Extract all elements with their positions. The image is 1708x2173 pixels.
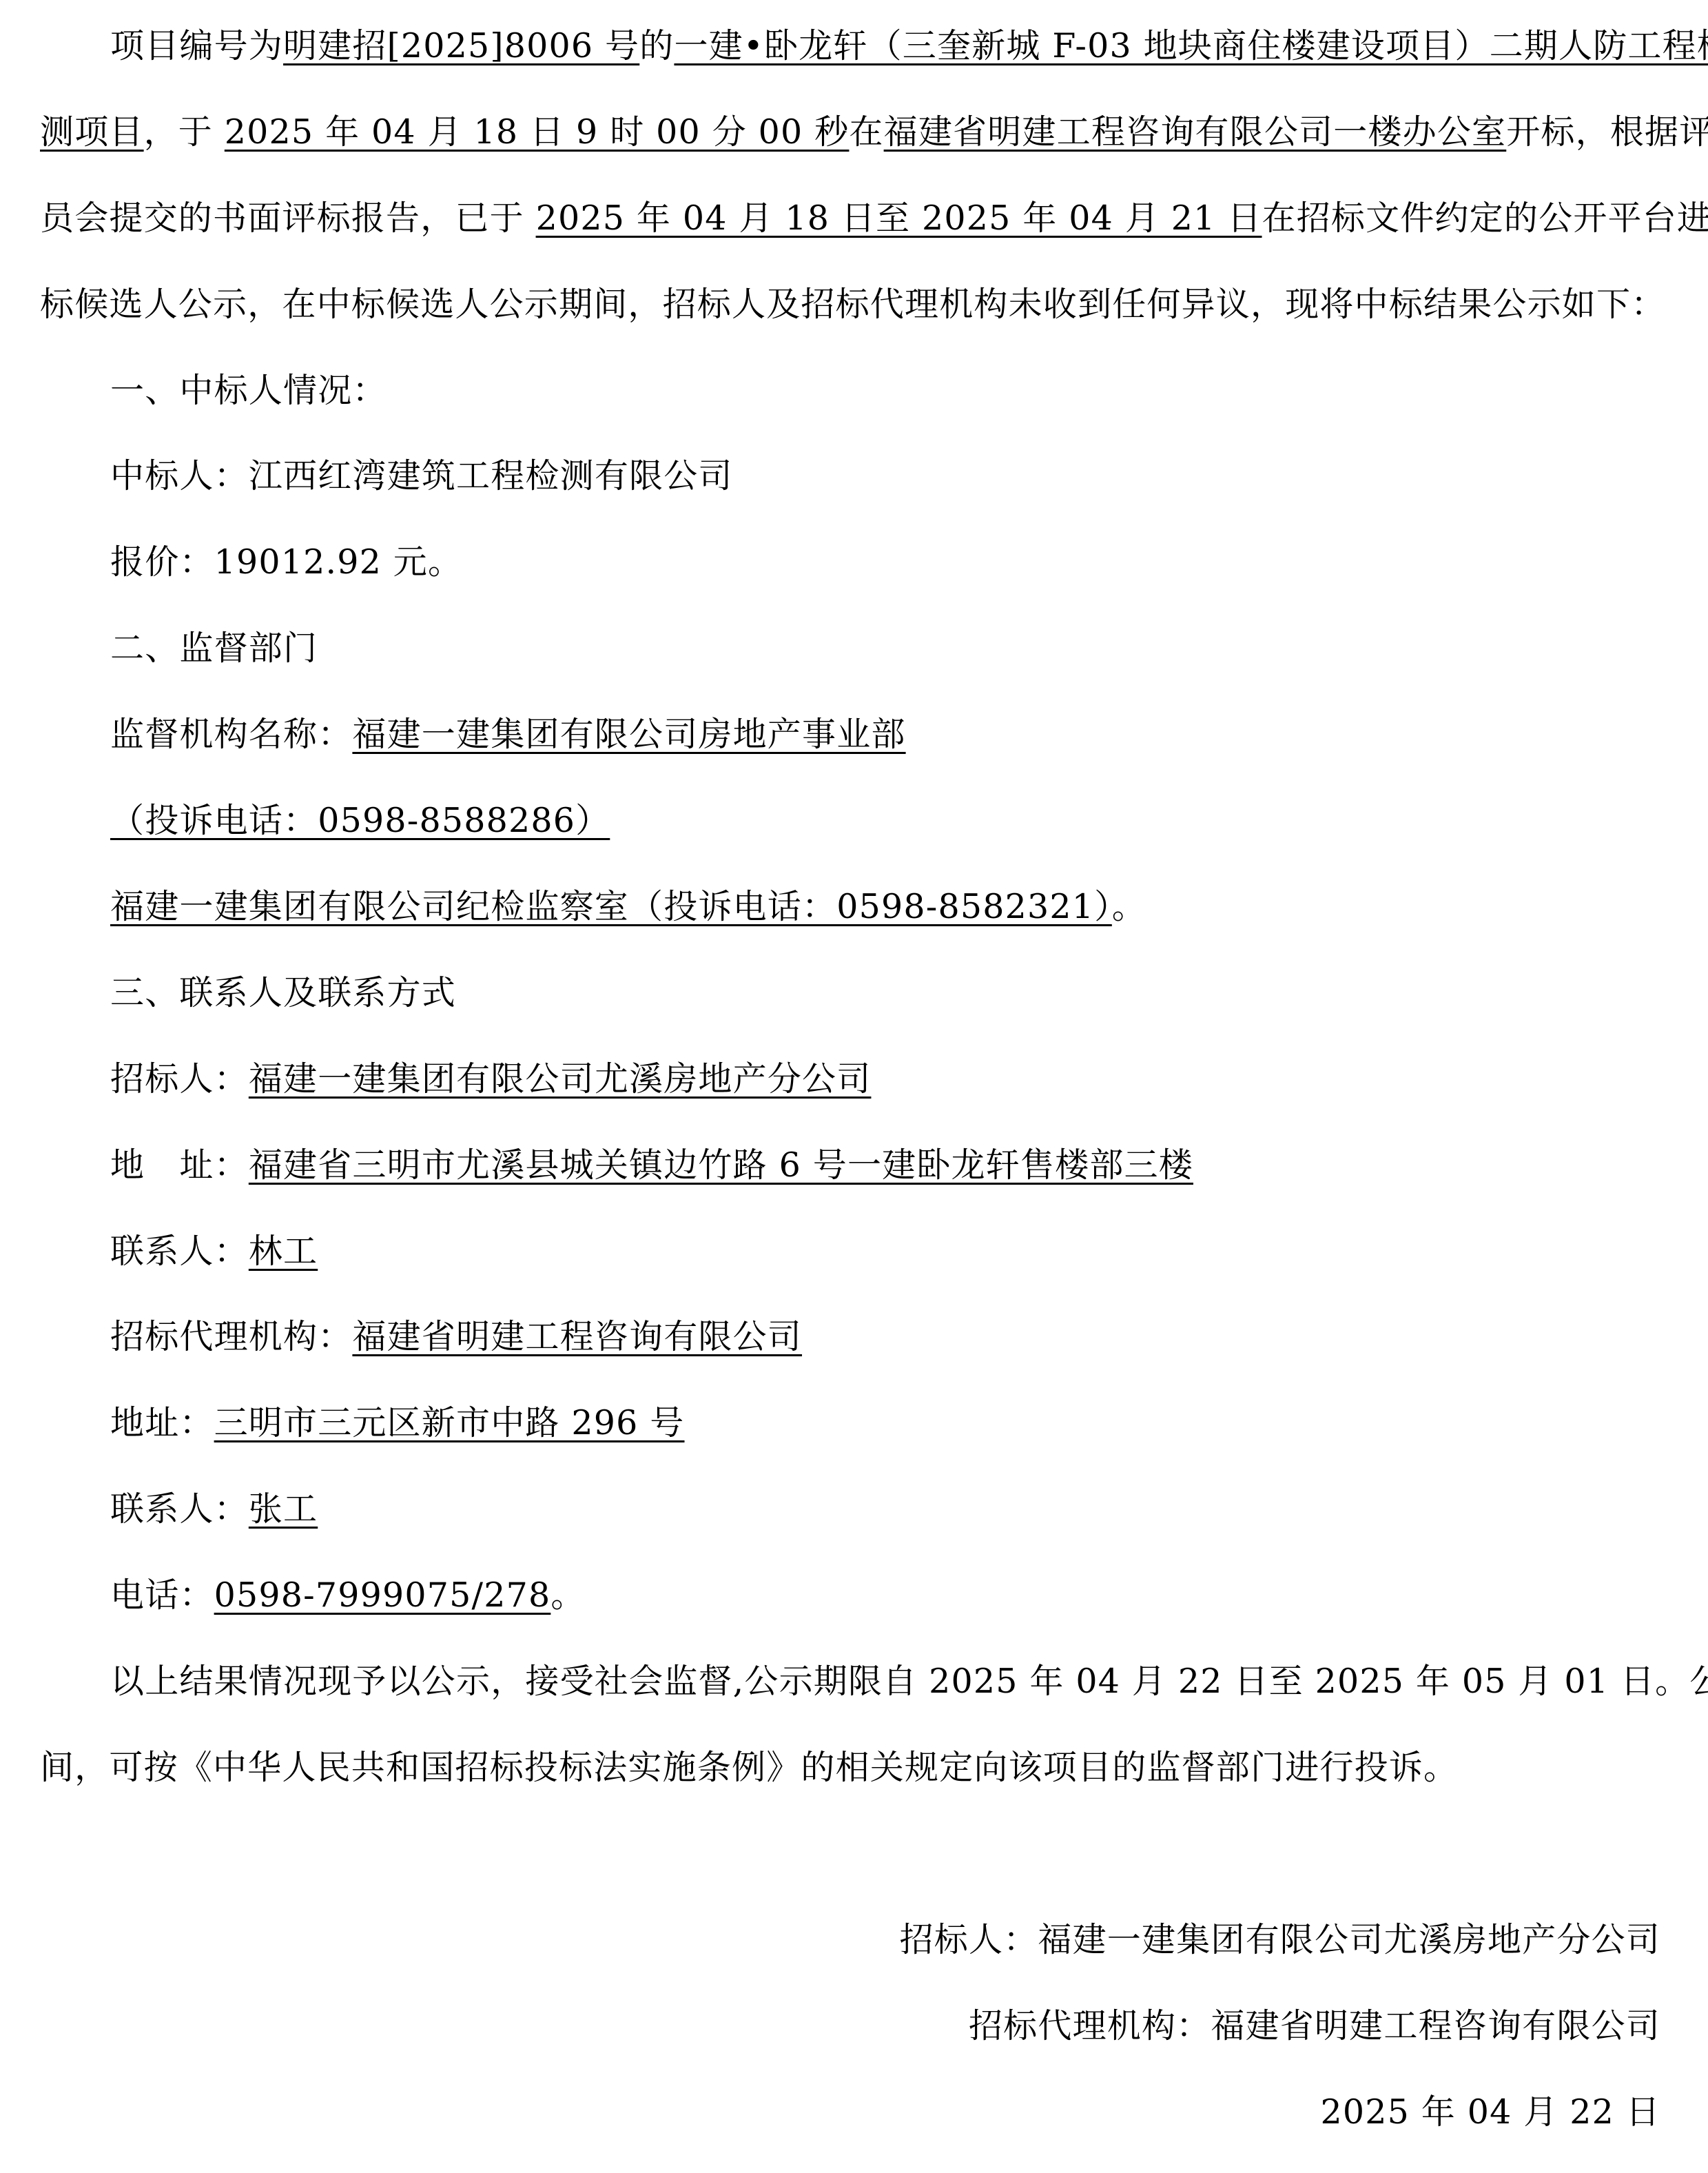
- section-3-heading: 三、联系人及联系方式: [110, 950, 1667, 1036]
- section-heading: 一、中标人情况：: [110, 371, 387, 410]
- phone-label: 电话：: [110, 1575, 214, 1615]
- agency-contact: 张工: [249, 1489, 318, 1529]
- announcement-page: 项目编号为明建招[2025]8006 号的一建•卧龙轩（三奎新城 F-03 地块…: [0, 0, 1708, 2173]
- agency-name: 福建省明建工程咨询有限公司: [352, 1317, 802, 1356]
- signature-tenderer-text: 招标人：福建一建集团有限公司尤溪房地产分公司: [900, 1920, 1660, 1959]
- signature-date: 2025 年 04 月 22 日: [1321, 2069, 1660, 2155]
- tenderer-contact: 林工: [249, 1232, 318, 1271]
- winner-label: 中标人：: [110, 456, 249, 496]
- tenderer-address: 福建省三明市尤溪县城关镇边竹路 6 号一建卧龙轩售楼部三楼: [249, 1145, 1193, 1185]
- section-2-heading: 二、监督部门: [110, 605, 1667, 691]
- tenderer-label: 招标人：: [110, 1059, 249, 1099]
- address-label: 地址：: [110, 1403, 214, 1442]
- section-1-heading: 一、中标人情况：: [110, 347, 1667, 433]
- signature-agency-text: 招标代理机构：福建省明建工程咨询有限公司: [969, 2006, 1660, 2046]
- intro-line-3: 员会提交的书面评标报告，已于 2025 年 04 月 18 日至 2025 年 …: [40, 175, 1667, 261]
- agency-label: 招标代理机构：: [110, 1317, 352, 1356]
- price-label: 报价：: [110, 542, 214, 582]
- intro-text: 员会提交的书面评标报告，已于: [40, 198, 536, 238]
- agency-address: 三明市三元区新市中路 296 号: [214, 1403, 685, 1442]
- discipline-office: 福建一建集团有限公司纪检监察室（投诉电话：0598-8582321）: [110, 887, 1112, 926]
- project-name: 一建•卧龙轩（三奎新城 F-03 地块商住楼建设项目）二期人防工程检: [674, 26, 1708, 65]
- tenderer-row: 招标人：福建一建集团有限公司尤溪房地产分公司: [110, 1036, 1667, 1122]
- agency-phone: 0598-7999075/278: [214, 1575, 551, 1615]
- intro-text: 标候选人公示，在中标候选人公示期间，招标人及招标代理机构未收到任何异议，现将中标…: [40, 285, 1665, 324]
- closing-text: 间，可按《中华人民共和国招标投标法实施条例》的相关规定向该项目的监督部门进行投诉…: [40, 1748, 1458, 1787]
- contact-label: 联系人：: [110, 1489, 249, 1529]
- address-label: 地 址：: [110, 1145, 249, 1185]
- agency-row: 招标代理机构：福建省明建工程咨询有限公司: [110, 1294, 1667, 1380]
- closing-line-1: 以上结果情况现予以公示，接受社会监督,公示期限自 2025 年 04 月 22 …: [110, 1638, 1667, 1724]
- intro-line-4: 标候选人公示，在中标候选人公示期间，招标人及招标代理机构未收到任何异议，现将中标…: [40, 261, 1667, 347]
- signature-agency: 招标代理机构：福建省明建工程咨询有限公司: [969, 1983, 1660, 2069]
- contact-label: 联系人：: [110, 1232, 249, 1271]
- intro-text: 项目编号为: [110, 26, 283, 65]
- tenderer-address-row: 地 址：福建省三明市尤溪县城关镇边竹路 6 号一建卧龙轩售楼部三楼: [110, 1122, 1667, 1208]
- intro-text: ，于: [144, 112, 225, 152]
- agency-address-row: 地址：三明市三元区新市中路 296 号: [110, 1380, 1667, 1466]
- bid-open-place: 福建省明建工程咨询有限公司一楼办公室: [884, 112, 1507, 152]
- closing-text: 以上结果情况现予以公示，接受社会监督,公示期限自 2025 年 04 月 22 …: [110, 1662, 1708, 1701]
- intro-line-2: 测项目，于 2025 年 04 月 18 日 9 时 00 分 00 秒在福建省…: [40, 89, 1667, 175]
- intro-text: 在: [849, 112, 883, 152]
- supervisor-phone-row: （投诉电话：0598-8588286）: [110, 777, 1667, 864]
- supervisor-row: 监督机构名称：福建一建集团有限公司房地产事业部: [110, 691, 1667, 777]
- winner-name: 江西红湾建筑工程检测有限公司: [249, 456, 733, 496]
- price-unit: 元。: [382, 542, 462, 582]
- intro-text: 开标，根据评标委: [1506, 112, 1708, 152]
- intro-text: 在招标文件约定的公开平台进行中: [1262, 198, 1708, 238]
- bid-open-time: 2025 年 04 月 18 日 9 时 00 分 00 秒: [225, 112, 850, 152]
- signature-tenderer: 招标人：福建一建集团有限公司尤溪房地产分公司: [900, 1897, 1660, 1983]
- agency-contact-row: 联系人：张工: [110, 1466, 1667, 1552]
- supervisor-org: 福建一建集团有限公司房地产事业部: [352, 715, 905, 754]
- section-heading: 三、联系人及联系方式: [110, 973, 456, 1012]
- candidate-publicity-period: 2025 年 04 月 18 日至 2025 年 04 月 21 日: [536, 198, 1262, 238]
- price-row: 报价：19012.92 元。: [110, 519, 1667, 605]
- signature-date-text: 2025 年 04 月 22 日: [1321, 2092, 1660, 2132]
- period-mark: 。: [551, 1575, 585, 1615]
- price-value: 19012.92: [214, 542, 382, 582]
- project-name-cont: 测项目: [40, 112, 144, 152]
- section-heading: 二、监督部门: [110, 629, 318, 668]
- closing-line-2: 间，可按《中华人民共和国招标投标法实施条例》的相关规定向该项目的监督部门进行投诉…: [40, 1724, 1667, 1810]
- intro-text: 的: [639, 26, 674, 65]
- discipline-office-row: 福建一建集团有限公司纪检监察室（投诉电话：0598-8582321）。: [110, 864, 1667, 950]
- period-mark: 。: [1112, 887, 1146, 926]
- phone-row: 电话：0598-7999075/278。: [110, 1552, 1667, 1638]
- tenderer-contact-row: 联系人：林工: [110, 1208, 1667, 1294]
- tenderer-name: 福建一建集团有限公司尤溪房地产分公司: [249, 1059, 872, 1099]
- intro-line-1: 项目编号为明建招[2025]8006 号的一建•卧龙轩（三奎新城 F-03 地块…: [110, 3, 1667, 89]
- winner-row: 中标人：江西红湾建筑工程检测有限公司: [110, 433, 1667, 519]
- supervisor-phone: （投诉电话：0598-8588286）: [110, 801, 610, 840]
- supervisor-label: 监督机构名称：: [110, 715, 352, 754]
- project-number: 明建招[2025]8006 号: [283, 26, 639, 65]
